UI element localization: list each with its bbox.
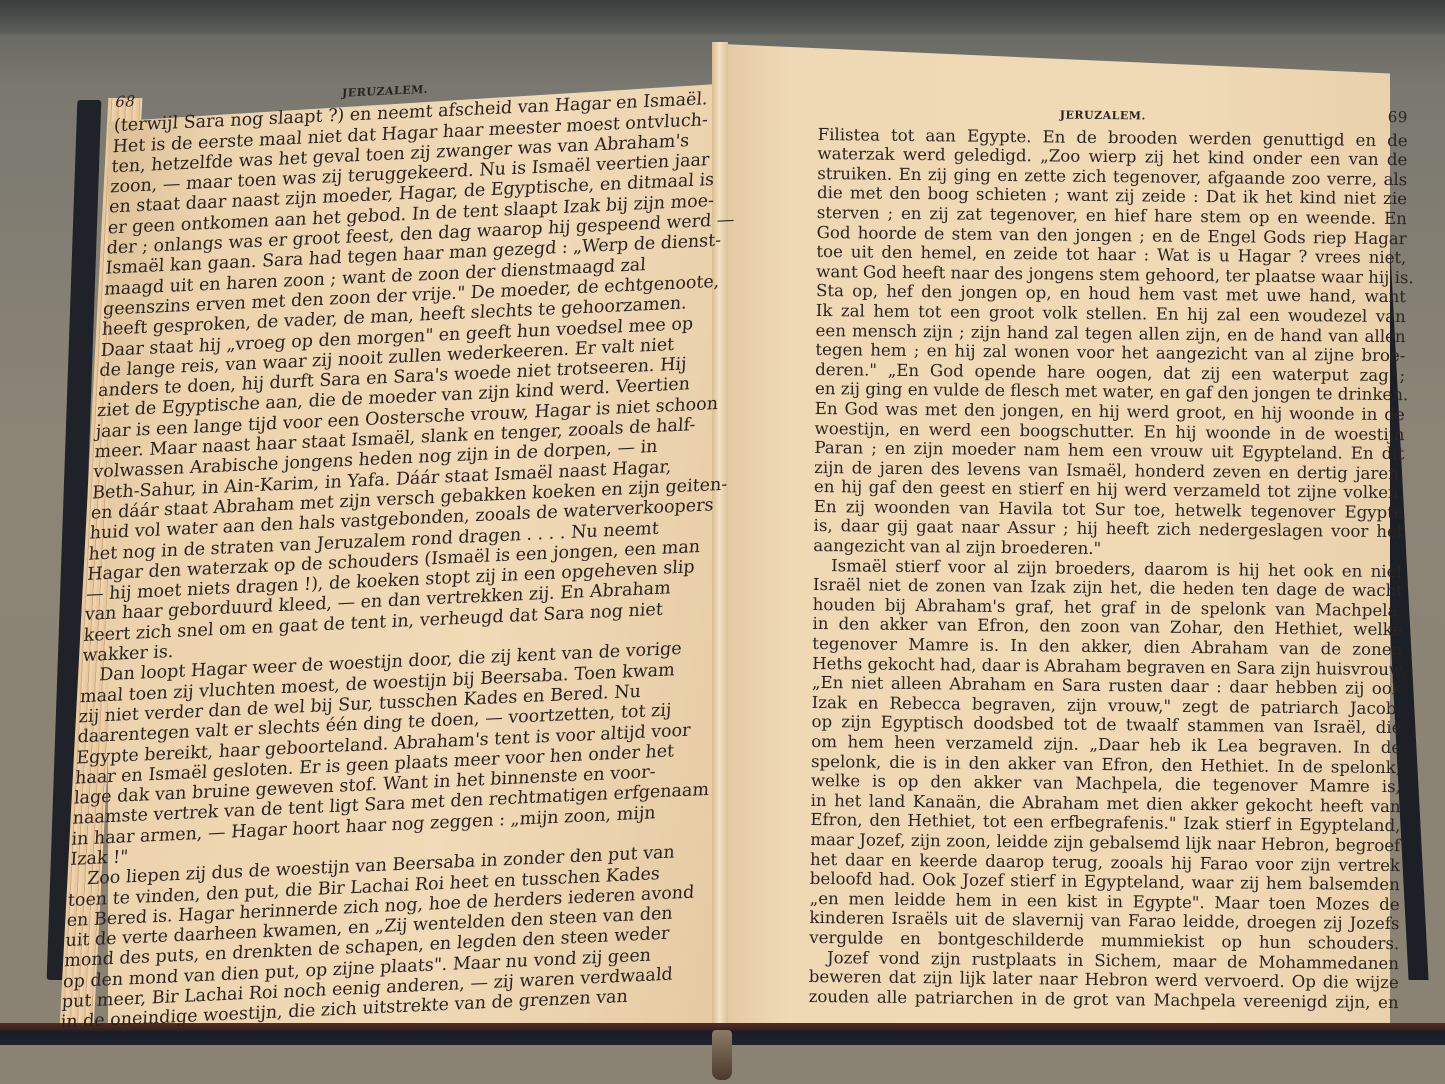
right-page-text: JERUZALEM. 69 Filistea tot aan Egypte. E… xyxy=(809,102,1408,1012)
book-gutter xyxy=(712,42,728,1027)
right-page-body: Filistea tot aan Egypte. En de brooden w… xyxy=(809,125,1408,1013)
running-head-title: JERUZALEM. xyxy=(1060,106,1146,126)
page-number: 69 xyxy=(1388,108,1408,128)
left-page-body: (terwijl Sara nog slaapt ?) en neemt afs… xyxy=(60,93,634,1033)
page-number: 68 xyxy=(115,91,136,112)
bookmark-ribbon xyxy=(712,1030,732,1080)
running-head-title: JERUZALEM. xyxy=(341,80,428,104)
left-page-text: 68 JERUZALEM. (terwijl Sara nog slaapt ?… xyxy=(60,68,635,1033)
open-book: 68 JERUZALEM. (terwijl Sara nog slaapt ?… xyxy=(0,0,1445,1084)
